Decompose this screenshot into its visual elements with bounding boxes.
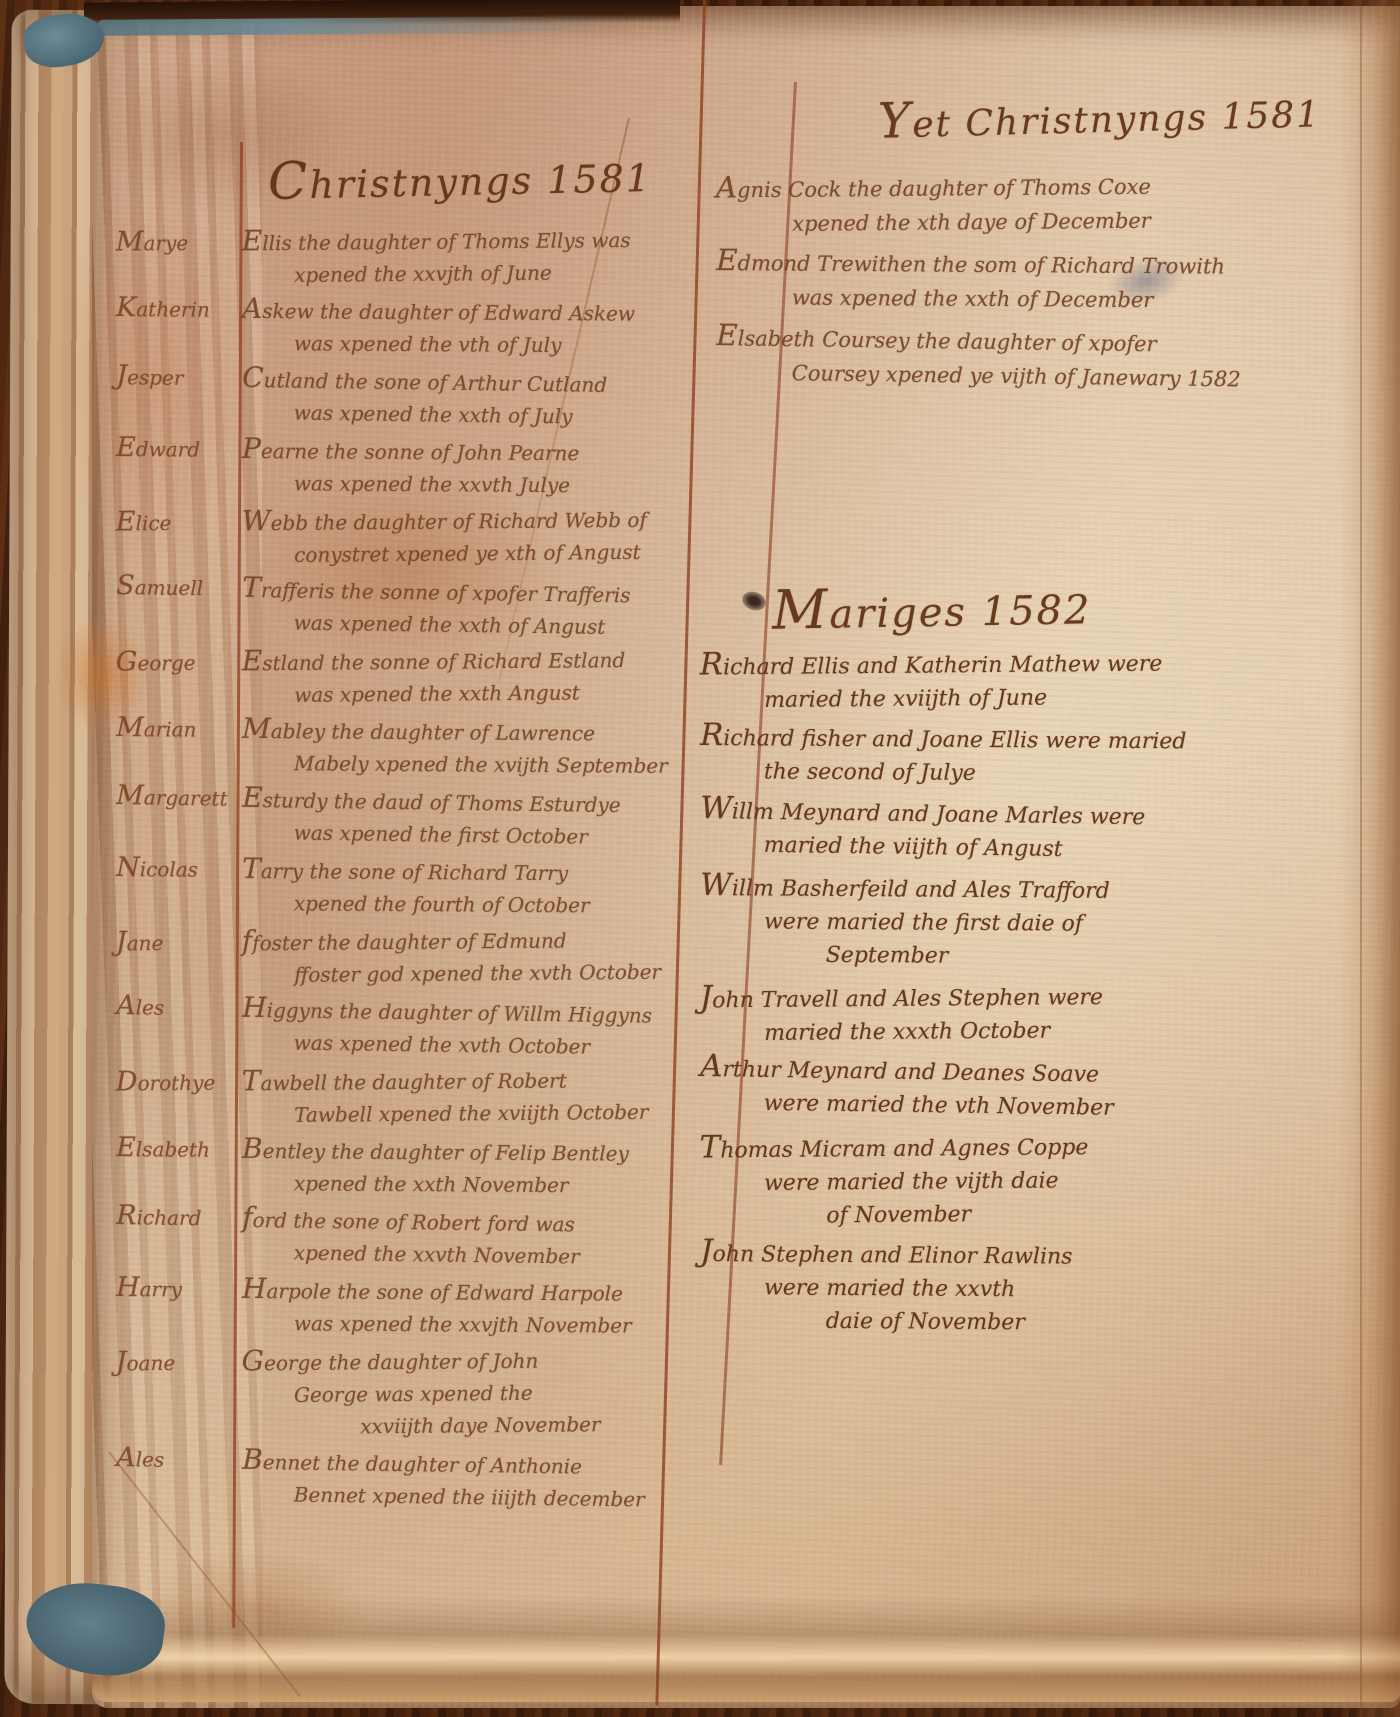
left-column-title: Christnyngs 1581: [267, 144, 652, 212]
entry-line: was xpened the vth of July: [294, 327, 682, 362]
entry-text: Elsabeth Coursey the daughter of xpoferC…: [716, 318, 1283, 397]
entry-text: Estland the sonne of Richard Estlandwas …: [242, 642, 683, 712]
entry-line: was xpened the xxth Angust: [294, 676, 682, 711]
entry-line: Bennet xpened the iiijth december: [294, 1479, 682, 1516]
entry-line: September: [826, 939, 1280, 975]
entry-text: Willm Basherfeild and Ales Traffordwere …: [700, 869, 1281, 975]
entry-line: xpened the xxvth November: [294, 1237, 682, 1274]
margin-name: Margarett: [116, 780, 243, 848]
manuscript-photo: Christnyngs 1581 Yet Christnyngs 1581 Ma…: [0, 0, 1400, 1717]
right-column-title: Yet Christnyngs 1581: [877, 82, 1321, 150]
christening-entry: GeorgeEstland the sonne of Richard Estla…: [116, 642, 683, 713]
entry-line: Ellis the daughter of Thoms Ellys was: [242, 222, 682, 260]
entry-line: was xpened the xxth of December: [792, 281, 1282, 318]
margin-name: Dorothye: [116, 1065, 243, 1132]
entry-text: Cutland the sone of Arthur Cutlandwas xp…: [242, 362, 683, 434]
entry-line: daie of November: [826, 1305, 1280, 1341]
entry-text: George the daughter of JohnGeorge was xp…: [242, 1342, 683, 1444]
entry-line: were maried the vijth daie: [764, 1162, 1280, 1200]
margin-name: Edward: [116, 432, 242, 499]
christening-entry: Agnis Cock the daughter of Thoms Coxexpe…: [716, 166, 1283, 242]
entry-text: Ellis the daughter of Thoms Ellys wasxpe…: [242, 222, 683, 292]
entry-line: ffoster god xpened the xvth October: [294, 956, 682, 991]
entry-text: Tarry the sone of Richard Tarryxpened th…: [242, 853, 682, 922]
entry-text: Esturdy the daud of Thoms Esturdyewas xp…: [242, 782, 683, 854]
entry-line: xpened the xth daye of December: [792, 203, 1282, 241]
entry-line: maried the xviijth of June: [764, 679, 1280, 717]
entry-line: ffoster the daughter of Edmund: [242, 922, 682, 960]
entry-text: Richard fisher and Joane Ellis were mari…: [700, 719, 1280, 792]
entry-line: was xpened the xxvjth November: [294, 1307, 682, 1342]
entry-line: Edmond Trewithen the som of Richard Trow…: [716, 243, 1282, 284]
entry-text: John Travell and Ales Stephen weremaried…: [700, 976, 1281, 1050]
crease: [1360, 0, 1362, 1717]
entry-line: was xpened the xxth of July: [294, 397, 682, 434]
entry-line: were maried the first daie of: [764, 905, 1280, 942]
entry-line: was xpened the first October: [294, 817, 682, 854]
margin-name: Elice: [116, 505, 243, 572]
christening-entry: DorothyeTawbell the daughter of RobertTa…: [116, 1062, 683, 1133]
christening-entry: NicolasTarry the sone of Richard Tarryxp…: [116, 852, 682, 922]
entry-line: Mabley the daughter of Lawrence: [242, 713, 682, 750]
entry-text: Edmond Trewithen the som of Richard Trow…: [716, 243, 1282, 318]
entry-line: Thomas Micram and Agnes Coppe: [700, 1126, 1280, 1167]
entry-line: maried the xxxth October: [764, 1012, 1280, 1050]
marriages-column: Richard Ellis and Katherin Mathew werema…: [700, 646, 1280, 1345]
christening-entry: KatherinAskew the daughter of Edward Ask…: [116, 292, 682, 362]
entry-text: Willm Meynard and Joane Marles weremarie…: [700, 792, 1281, 869]
entry-text: Pearne the sonne of John Pearnewas xpene…: [242, 433, 682, 502]
entry-line: Pearne the sonne of John Pearne: [242, 433, 682, 470]
entry-text: ford the sone of Robert ford wasxpened t…: [242, 1202, 683, 1274]
entry-line: were maried the xxvth: [764, 1271, 1280, 1308]
entry-line: was xpened the xxth of Angust: [294, 607, 682, 644]
entry-text: Webb the daughter of Richard Webb ofcony…: [242, 502, 683, 572]
margin-name: Samuell: [116, 570, 243, 638]
margin-name: Ales: [116, 990, 243, 1058]
entry-line: was xpened the xvth October: [294, 1027, 682, 1064]
page-bottom-roll: [92, 1596, 1400, 1702]
marriage-entry: Thomas Micram and Agnes Coppewere maried…: [700, 1126, 1281, 1233]
entry-text: Trafferis the sonne of xpofer Trafferisw…: [242, 572, 683, 644]
entry-line: xpened the xxth November: [294, 1167, 682, 1202]
christenings-left-column: MaryeEllis the daughter of Thoms Ellys w…: [116, 224, 682, 1516]
marriages-title: Mariges 1582: [771, 573, 1091, 642]
christening-entry: SamuellTrafferis the sonne of xpofer Tra…: [116, 570, 683, 644]
entry-text: Bentley the daughter of Felip Bentleyxpe…: [242, 1133, 682, 1202]
entry-text: Bennet the daughter of AnthonieBennet xp…: [242, 1444, 683, 1516]
margin-name: Ales: [116, 1442, 243, 1510]
christening-entry: EliceWebb the daughter of Richard Webb o…: [116, 502, 683, 573]
entry-line: Bentley the daughter of Felip Bentley: [242, 1133, 682, 1170]
entry-line: were maried the vth November: [764, 1087, 1280, 1127]
entry-line: xxviijth daye November: [360, 1408, 682, 1443]
entry-line: was xpened the xxvth Julye: [294, 467, 682, 502]
entry-text: Askew the daughter of Edward Askewwas xp…: [242, 293, 682, 362]
entry-line: Tarry the sone of Richard Tarry: [242, 853, 682, 890]
marriage-entry: Arthur Meynard and Deanes Soavewere mari…: [700, 1050, 1281, 1127]
christenings-right-column: Agnis Cock the daughter of Thoms Coxexpe…: [716, 168, 1282, 399]
page-right-edge: [1338, 0, 1400, 1717]
christening-entry: AlesHiggyns the daughter of Willm Higgyn…: [116, 990, 683, 1064]
entry-text: Richard Ellis and Katherin Mathew werema…: [700, 643, 1281, 717]
christening-entry: Janeffoster the daughter of Edmundffoste…: [116, 922, 683, 993]
entry-line: Webb the daughter of Richard Webb of: [242, 502, 682, 540]
christening-entry: MarianMabley the daughter of LawrenceMab…: [116, 712, 682, 782]
entry-text: Tawbell the daughter of RobertTawbell xp…: [242, 1062, 683, 1132]
entry-line: John Stephen and Elinor Rawlins: [700, 1235, 1280, 1275]
margin-name: Marian: [116, 712, 242, 779]
entry-line: George was xpened the: [294, 1376, 682, 1411]
entry-line: the second of Julye: [764, 755, 1280, 792]
entry-text: Higgyns the daughter of Willm Higgynswas…: [242, 992, 683, 1064]
entry-line: Richard fisher and Joane Ellis were mari…: [700, 719, 1280, 759]
christening-entry: EdwardPearne the sonne of John Pearnewas…: [116, 432, 682, 502]
margin-name: George: [116, 645, 243, 712]
margin-name: Elsabeth: [116, 1132, 242, 1199]
christening-entry: Richardford the sone of Robert ford wasx…: [116, 1200, 683, 1274]
christening-entry: AlesBennet the daughter of AnthonieBenne…: [116, 1442, 683, 1516]
entry-line: xpened the fourth of October: [294, 887, 682, 922]
entry-line: John Travell and Ales Stephen were: [700, 976, 1280, 1017]
entry-line: Richard Ellis and Katherin Mathew were: [700, 643, 1280, 684]
entry-line: Mabely xpened the xvijth September: [294, 747, 682, 782]
entry-line: Willm Basherfeild and Ales Trafford: [700, 869, 1280, 909]
entry-line: Askew the daughter of Edward Askew: [242, 293, 682, 330]
christening-entry: JesperCutland the sone of Arthur Cutland…: [116, 360, 683, 434]
entry-line: Estland the sonne of Richard Estland: [242, 642, 682, 680]
christening-entry: MaryeEllis the daughter of Thoms Ellys w…: [116, 222, 683, 293]
margin-name: Katherin: [116, 292, 242, 359]
christening-entry: Elsabeth Coursey the daughter of xpoferC…: [716, 318, 1283, 397]
entry-text: John Stephen and Elinor Rawlinswere mari…: [700, 1235, 1281, 1341]
christening-entry: MargarettEsturdy the daud of Thoms Estur…: [116, 780, 683, 854]
marriage-entry: Willm Basherfeild and Ales Traffordwere …: [700, 869, 1281, 975]
margin-name: Joane: [116, 1345, 243, 1444]
marriage-entry: John Stephen and Elinor Rawlinswere mari…: [700, 1235, 1281, 1341]
marriage-entry: Willm Meynard and Joane Marles weremarie…: [700, 792, 1281, 869]
entry-text: Thomas Micram and Agnes Coppewere maried…: [700, 1126, 1281, 1233]
christening-entry: JoaneGeorge the daughter of JohnGeorge w…: [116, 1342, 683, 1445]
marriage-entry: Richard Ellis and Katherin Mathew werema…: [700, 643, 1281, 717]
margin-name: Jesper: [116, 360, 243, 428]
entry-line: Harpole the sone of Edward Harpole: [242, 1273, 682, 1310]
christening-entry: Edmond Trewithen the som of Richard Trow…: [716, 243, 1282, 318]
entry-text: Mabley the daughter of LawrenceMabely xp…: [242, 713, 682, 782]
christening-entry: ElsabethBentley the daughter of Felip Be…: [116, 1132, 682, 1202]
entry-line: Agnis Cock the daughter of Thoms Coxe: [716, 166, 1282, 208]
margin-name: Richard: [116, 1200, 243, 1268]
entry-text: Arthur Meynard and Deanes Soavewere mari…: [700, 1050, 1281, 1127]
margin-name: Harry: [116, 1272, 242, 1339]
margin-name: Marye: [116, 225, 243, 292]
entry-line: maried the viijth of Angust: [764, 829, 1280, 869]
marriage-entry: Richard fisher and Joane Ellis were mari…: [700, 719, 1280, 792]
entry-line: Tawbell the daughter of Robert: [242, 1062, 682, 1100]
marriage-entry: John Travell and Ales Stephen weremaried…: [700, 976, 1281, 1050]
christening-entry: HarryHarpole the sone of Edward Harpolew…: [116, 1272, 682, 1342]
entry-line: Tawbell xpened the xviijth October: [294, 1096, 682, 1131]
entry-line: Coursey xpened ye vijth of Janewary 1582: [792, 356, 1282, 397]
entry-text: ffoster the daughter of Edmundffoster go…: [242, 922, 683, 992]
entry-text: Agnis Cock the daughter of Thoms Coxexpe…: [716, 166, 1283, 242]
entry-line: conystret xpened ye xth of Angust: [294, 536, 682, 571]
entry-text: Harpole the sone of Edward Harpolewas xp…: [242, 1273, 682, 1342]
entry-line: xpened the xxvjth of June: [294, 256, 682, 291]
entry-line: of November: [826, 1195, 1280, 1232]
entry-line: George the daughter of John: [242, 1342, 682, 1380]
margin-name: Jane: [116, 925, 243, 992]
margin-name: Nicolas: [116, 852, 242, 919]
